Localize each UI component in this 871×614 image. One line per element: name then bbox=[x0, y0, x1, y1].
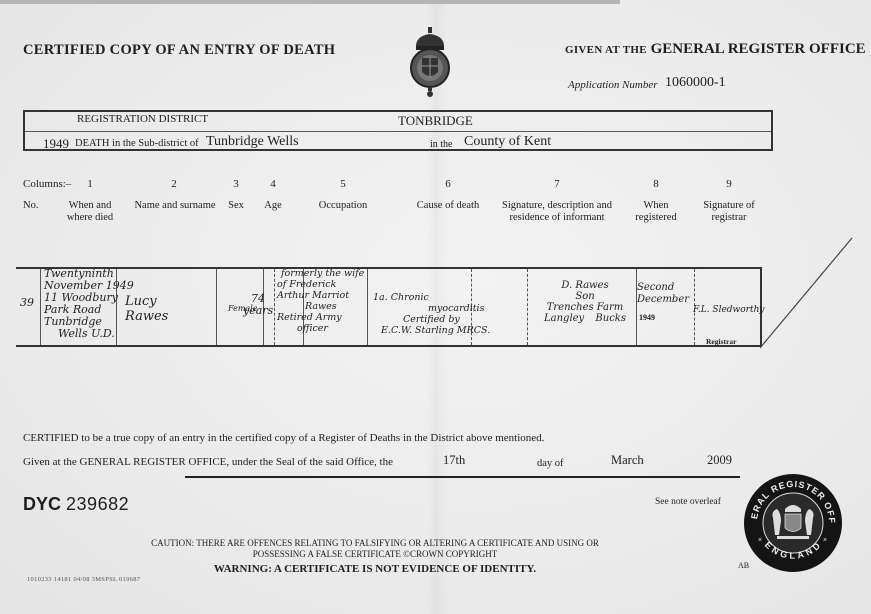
column-number-8: 8 bbox=[650, 178, 662, 190]
occupation-line: formerly the wife bbox=[277, 268, 364, 279]
column-number-4: 4 bbox=[267, 178, 279, 190]
subdistrict: Tunbridge Wells bbox=[206, 134, 299, 150]
columns-label: Columns:– bbox=[23, 178, 71, 190]
registration-district-label: REGISTRATION DISTRICT bbox=[77, 113, 208, 125]
occupation-line: Arthur Marriot bbox=[277, 290, 364, 301]
when-where-line: Wells U.D. bbox=[44, 328, 134, 340]
forename: Lucy bbox=[125, 294, 168, 309]
entry-age: 74 years bbox=[243, 293, 273, 317]
column-header-name: Name and surname bbox=[125, 200, 225, 212]
royal-crest-icon bbox=[405, 26, 455, 98]
occupation-line: Rawes bbox=[277, 301, 364, 312]
given-statement: Given at the GENERAL REGISTER OFFICE, un… bbox=[23, 456, 393, 468]
column-header-occupation: Occupation bbox=[303, 200, 383, 212]
general-register-office-seal-icon: GENERAL REGISTER OFFICE ENGLAND × × bbox=[743, 473, 843, 573]
registration-year: 1949 bbox=[43, 136, 69, 152]
registered-line: December bbox=[637, 294, 689, 306]
occupation-line: Retired Army bbox=[277, 312, 364, 323]
subdistrict-label: DEATH in the Sub-district of bbox=[75, 138, 199, 149]
column-number-5: 5 bbox=[337, 178, 349, 190]
day-of-label: day of bbox=[537, 458, 564, 469]
serial-number: 239682 bbox=[66, 494, 129, 514]
document-title: CERTIFIED COPY OF AN ENTRY OF DEATH bbox=[23, 42, 335, 59]
issue-day: 17th bbox=[443, 453, 465, 468]
application-number: 1060000-1 bbox=[665, 75, 726, 91]
informant-line: Son bbox=[525, 291, 645, 302]
entry-number: 39 bbox=[20, 297, 34, 309]
column-number-9: 9 bbox=[723, 178, 735, 190]
surname: Rawes bbox=[125, 309, 168, 324]
svg-text:×: × bbox=[758, 537, 762, 544]
serial-prefix: DYC bbox=[23, 494, 61, 514]
column-number-2: 2 bbox=[168, 178, 180, 190]
occupation-line: officer bbox=[277, 323, 364, 334]
svg-text:×: × bbox=[823, 537, 827, 544]
scan-edge bbox=[0, 0, 620, 4]
cause-line: Certified by bbox=[373, 314, 490, 325]
cause-line: 1a. Chronic bbox=[373, 292, 490, 303]
informant-line: Langley bbox=[544, 313, 584, 324]
issue-month: March bbox=[611, 453, 644, 468]
cause-line: myocarditis bbox=[373, 303, 490, 314]
age-unit: years bbox=[243, 305, 273, 317]
caution-notice: CAUTION: THERE ARE OFFENCES RELATING TO … bbox=[150, 538, 600, 560]
given-at-prefix: GIVEN AT THE bbox=[565, 44, 647, 56]
column-header-when-registered: When registered bbox=[626, 200, 686, 224]
issue-year: 2009 bbox=[707, 453, 732, 468]
print-code: 1010233 14181 04/08 3MSPSL 019687 bbox=[27, 576, 140, 583]
entry-registrar-title: Registrar bbox=[706, 337, 736, 346]
application-number-label: Application Number bbox=[568, 79, 658, 91]
entry-informant: D. Rawes Son Trenches Farm Langley Bucks bbox=[525, 280, 645, 324]
column-number-3: 3 bbox=[230, 178, 242, 190]
entry-name: Lucy Rawes bbox=[125, 294, 168, 324]
informant-line: D. Rawes bbox=[525, 280, 645, 291]
registered-line: 1949 bbox=[637, 312, 689, 324]
certificate-page: CERTIFIED COPY OF AN ENTRY OF DEATH GIVE… bbox=[0, 0, 871, 614]
certificate-serial: DYC 239682 bbox=[23, 494, 129, 515]
county: County of Kent bbox=[464, 134, 551, 150]
warning-notice: WARNING: A CERTIFICATE IS NOT EVIDENCE O… bbox=[150, 563, 600, 575]
column-number-7: 7 bbox=[551, 178, 563, 190]
cancel-stroke bbox=[760, 236, 855, 351]
column-header-sex: Sex bbox=[222, 200, 250, 212]
column-header-registrar-signature: Signature of registrar bbox=[699, 200, 759, 224]
registration-district: TONBRIDGE bbox=[398, 113, 473, 129]
informant-line: Trenches Farm bbox=[525, 302, 645, 313]
registered-line: Second bbox=[637, 282, 689, 294]
county-label: in the bbox=[430, 139, 453, 150]
entry-when-where: Twentyninth November 1949 11 Woodbury Pa… bbox=[44, 268, 134, 340]
given-at-heading: GIVEN AT THE GENERAL REGISTER OFFICE bbox=[565, 41, 866, 58]
column-header-age: Age bbox=[258, 200, 288, 212]
column-header-cause: Cause of death bbox=[408, 200, 488, 212]
entry-when-registered: Second December 1949 bbox=[637, 282, 689, 324]
entry-occupation: formerly the wife of Frederick Arthur Ma… bbox=[277, 268, 364, 334]
informant-line: Bucks bbox=[587, 313, 626, 324]
signature-rule bbox=[185, 476, 740, 478]
see-note-overleaf: See note overleaf bbox=[655, 497, 721, 507]
column-number-1: 1 bbox=[84, 178, 96, 190]
column-header-informant: Signature, description and residence of … bbox=[497, 200, 617, 224]
entry-cause-of-death: 1a. Chronic myocarditis Certified by E.C… bbox=[373, 292, 490, 336]
occupation-line: of Frederick bbox=[277, 279, 364, 290]
column-header-no: No. bbox=[23, 200, 38, 212]
entry-registrar-signature: F.L. Sledworthy bbox=[693, 304, 764, 316]
column-header-when-where: When and where died bbox=[60, 200, 120, 224]
certified-statement: CERTIFIED to be a true copy of an entry … bbox=[23, 432, 544, 444]
cause-line: E.C.W. Starling MRCS. bbox=[373, 325, 490, 336]
column-number-6: 6 bbox=[442, 178, 454, 190]
given-at-office: GENERAL REGISTER OFFICE bbox=[651, 41, 866, 57]
